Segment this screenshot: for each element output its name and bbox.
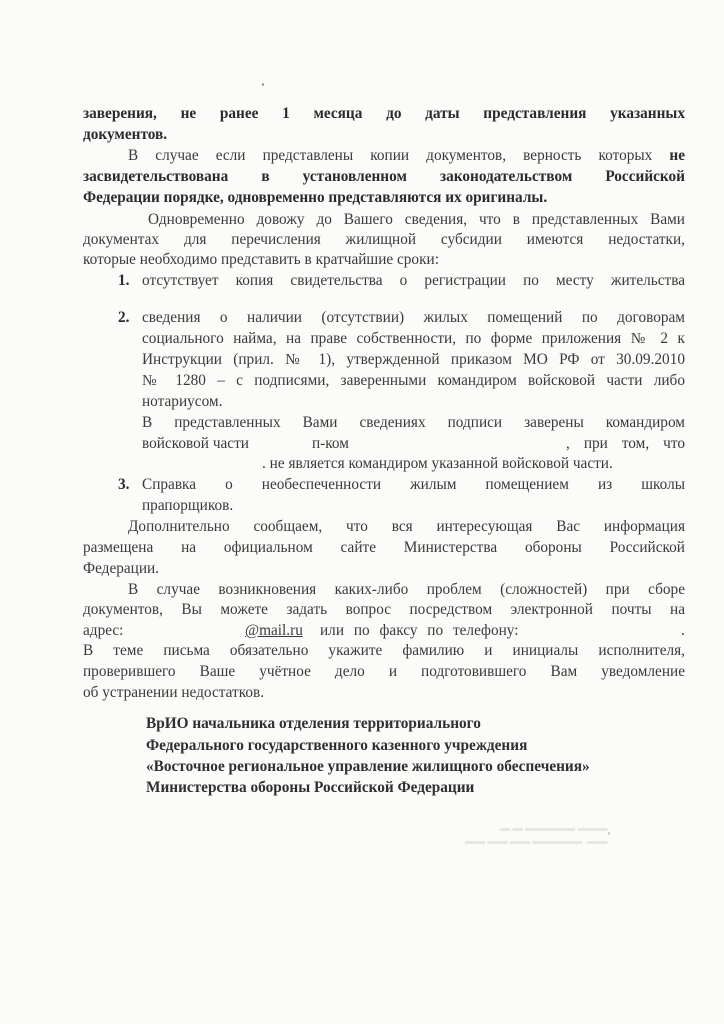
para4-line2: размещена на официальном сайте Министерс… — [83, 538, 685, 558]
para5-line3a: адрес: — [83, 621, 123, 641]
document-page: заверения, не ранее 1 месяца до даты пре… — [0, 0, 724, 1024]
list-item-2-line2: социального найма, на праве собственност… — [142, 329, 685, 349]
para1-line1: заверения, не ранее 1 месяца до даты пре… — [83, 104, 685, 124]
para3-line1: Одновременно довожу до Вашего сведения, … — [148, 210, 685, 230]
para3-line2: документах для перечисления жилищной суб… — [83, 230, 685, 250]
para2-line1: В случае если представлены копии докумен… — [128, 146, 685, 166]
signature-line1: ВрИО начальника отделения территориально… — [146, 713, 481, 734]
para3-line3: которые необходимо представить в кратчай… — [83, 250, 439, 270]
email-link[interactable]: @mail.ru — [245, 621, 303, 641]
scan-speck — [262, 83, 264, 86]
list-item-2-line1: сведения о наличии (отсутствии) жилых по… — [142, 308, 685, 328]
list-item-1-text: отсутствует копия свидетельства о регист… — [142, 271, 685, 291]
list-item-2-sub-line2b: п-ком — [312, 434, 349, 454]
list-item-2-sub-line1: В представленных Вами сведениях подписи … — [142, 413, 685, 433]
para5-line5: проверившего Ваше учётное дело и подгото… — [83, 662, 685, 682]
list-item-2-line3: Инструкции (прил. № 1), утвержденной при… — [142, 350, 685, 370]
para5-line1: В случае возникновения каких-либо пробле… — [128, 580, 685, 600]
list-item-1-number: 1. — [118, 271, 138, 291]
scan-speck — [608, 832, 610, 835]
list-item-3-line1: Справка о необеспеченности жилым помещен… — [142, 475, 685, 495]
list-item-3-line2: прапорщиков. — [142, 496, 233, 516]
list-item-2-line5: нотариусом. — [142, 392, 222, 412]
para5-line3c: . — [681, 621, 685, 641]
para5-line6: об устранении недостатков. — [83, 683, 264, 703]
list-item-2-sub-line2a: войсковой части — [142, 434, 249, 454]
list-item-2-sub-line3: . не является командиром указанной войск… — [262, 454, 613, 474]
list-item-3-number: 3. — [118, 475, 138, 495]
list-item-2-sub-line2c: , при том, что — [566, 434, 685, 454]
para2-line3: Федерации порядке, одновременно представ… — [83, 188, 547, 208]
para1-line2: документов. — [83, 125, 167, 145]
signature-line3: «Восточное региональное управление жилищ… — [146, 756, 590, 777]
para5-line3b: или по факсу по телефону: — [320, 621, 519, 641]
list-item-2-number: 2. — [118, 308, 138, 328]
signature-line4: Министерства обороны Российской Федераци… — [146, 777, 474, 798]
para5-line2: документов, Вы можете задать вопрос поср… — [83, 600, 685, 620]
para4-line3: Федерации. — [83, 559, 159, 579]
para5-line4: В теме письма обязательно укажите фамили… — [83, 641, 685, 661]
para4-line1: Дополнительно сообщаем, что вся интересу… — [128, 517, 685, 537]
bleed-through-mark: ▬▬▬ ▬▬▬▬▬ ▬.▬.▬▬. ▬▬▬▬▬ ▬▬ ▬▬ ▬▬ — [465, 822, 608, 848]
para2-line2: засвидетельствована в установленном зако… — [83, 167, 685, 187]
list-item-2-line4: № 1280 – с подписями, заверенными команд… — [142, 371, 685, 391]
signature-line2: Федерального государственного казенного … — [146, 735, 527, 756]
